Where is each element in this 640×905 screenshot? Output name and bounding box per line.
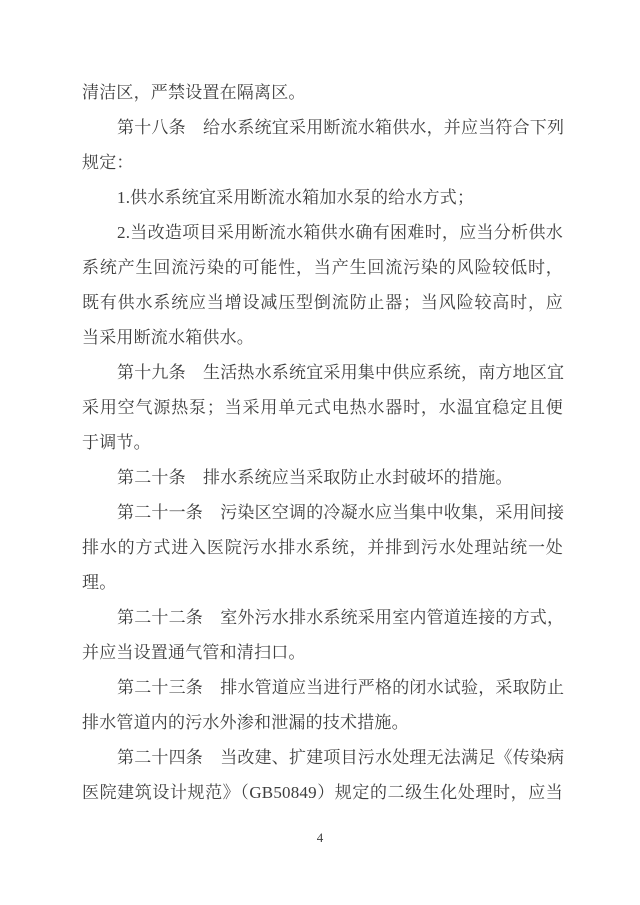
text-line: 1.供水系统宜采用断流水箱加水泵的给水方式； [82, 180, 563, 215]
text-line: 2.当改造项目采用断流水箱供水确有困难时，应当分析供水 [82, 215, 563, 250]
document-page: 清洁区，严禁设置在隔离区。第十八条 给水系统宜采用断流水箱供水，并应当符合下列规… [0, 0, 640, 905]
text-line: 第十九条 生活热水系统宜采用集中供应系统，南方地区宜 [82, 355, 563, 390]
text-line: 规定： [82, 145, 563, 180]
text-line: 排水的方式进入医院污水排水系统，并排到污水处理站统一处 [82, 530, 563, 565]
text-line: 第二十三条 排水管道应当进行严格的闭水试验，采取防止 [82, 670, 563, 705]
text-line: 第二十二条 室外污水排水系统采用室内管道连接的方式， [82, 600, 563, 635]
text-line: 医院建筑设计规范》（GB50849）规定的二级生化处理时，应当 [82, 775, 563, 810]
text-line: 系统产生回流污染的可能性，当产生回流污染的风险较低时， [82, 250, 563, 285]
document-content: 清洁区，严禁设置在隔离区。第十八条 给水系统宜采用断流水箱供水，并应当符合下列规… [82, 75, 563, 810]
text-line: 第二十条 排水系统应当采取防止水封破坏的措施。 [82, 460, 563, 495]
text-line: 清洁区，严禁设置在隔离区。 [82, 75, 563, 110]
text-line: 采用空气源热泵；当采用单元式电热水器时，水温宜稳定且便 [82, 390, 563, 425]
text-line: 第十八条 给水系统宜采用断流水箱供水，并应当符合下列 [82, 110, 563, 145]
text-line: 并应当设置通气管和清扫口。 [82, 635, 563, 670]
page-number: 4 [0, 829, 640, 847]
text-line: 于调节。 [82, 425, 563, 460]
text-line: 排水管道内的污水外渗和泄漏的技术措施。 [82, 705, 563, 740]
text-line: 当采用断流水箱供水。 [82, 320, 563, 355]
text-line: 第二十四条 当改建、扩建项目污水处理无法满足《传染病 [82, 740, 563, 775]
text-line: 理。 [82, 565, 563, 600]
text-line: 既有供水系统应当增设减压型倒流防止器；当风险较高时，应 [82, 285, 563, 320]
text-line: 第二十一条 污染区空调的冷凝水应当集中收集，采用间接 [82, 495, 563, 530]
